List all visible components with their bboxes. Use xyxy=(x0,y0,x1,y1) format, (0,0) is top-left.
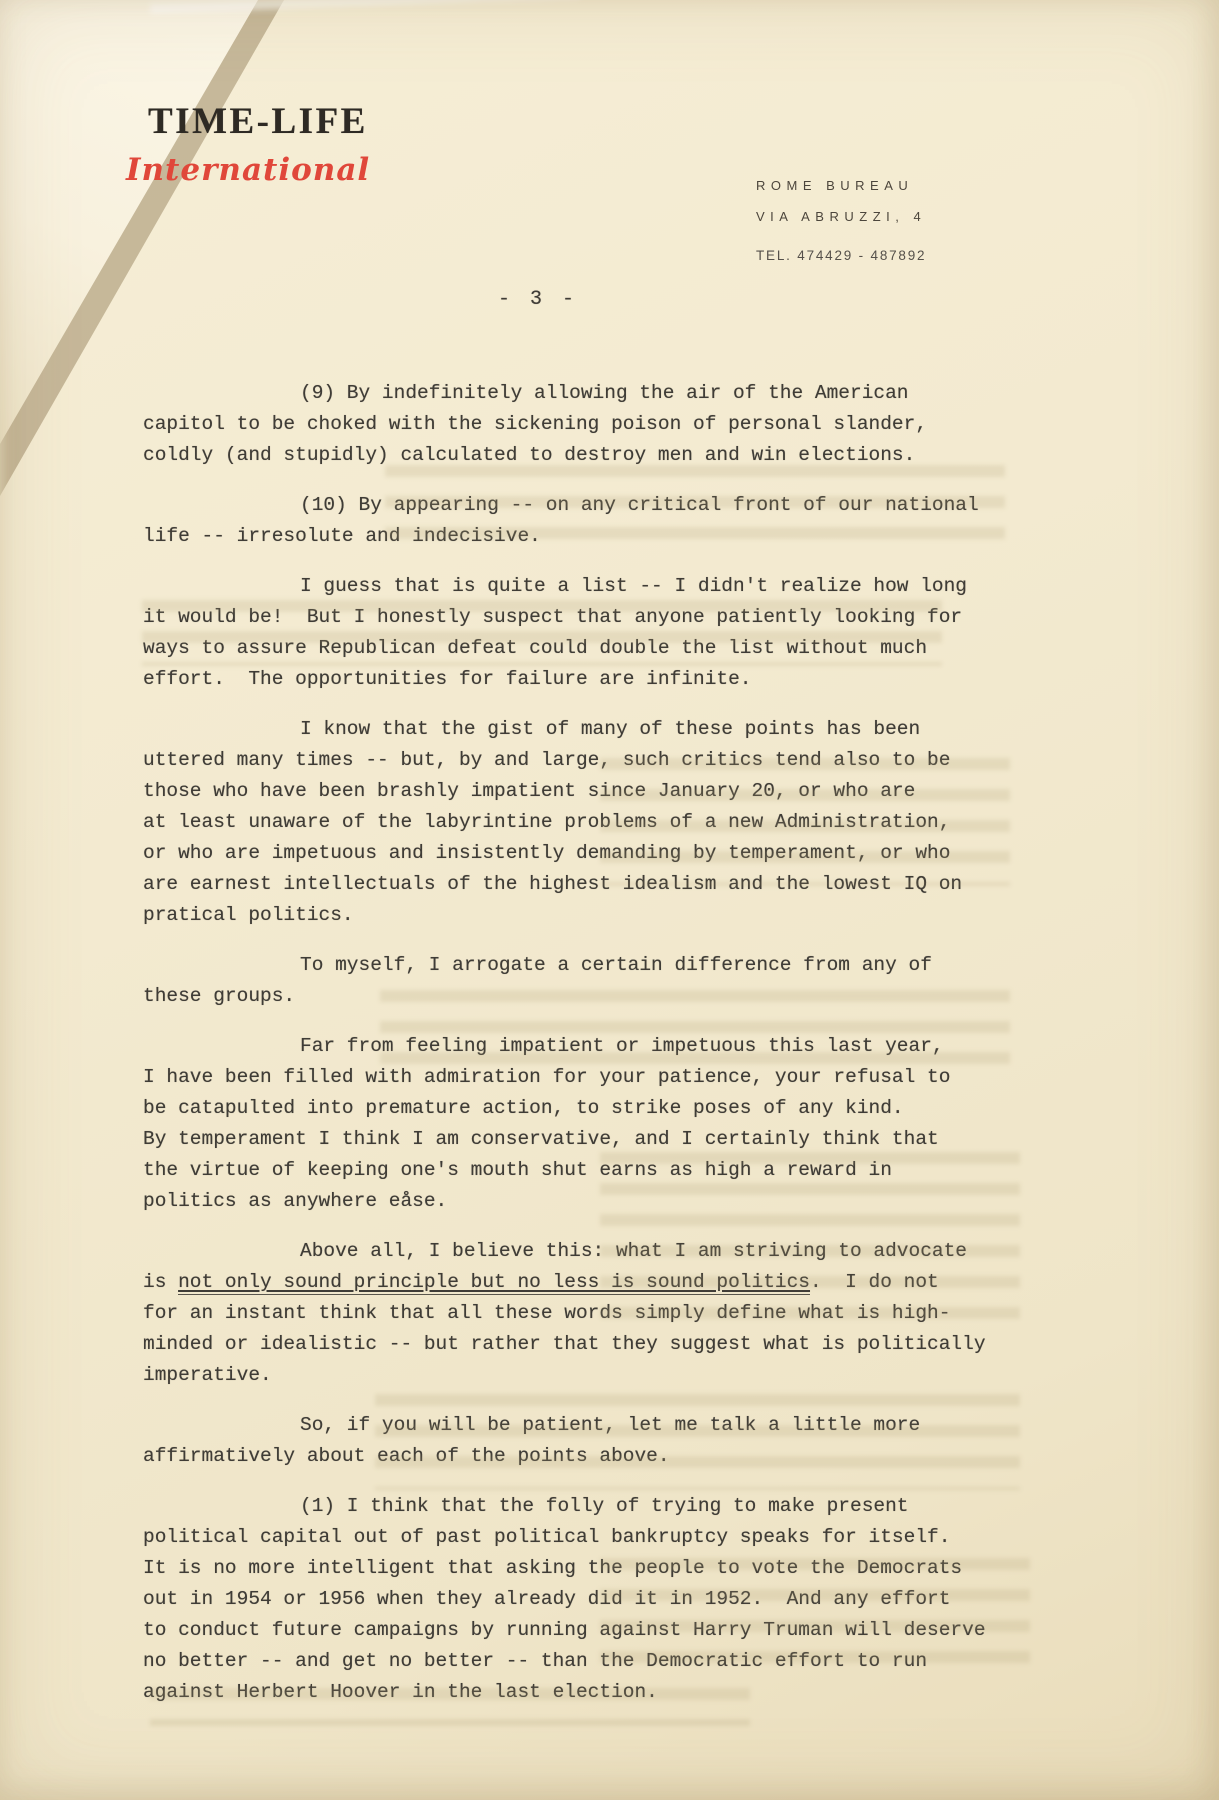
international-logo: International xyxy=(126,152,370,188)
letter-line: I guess that is quite a list -- I didn't… xyxy=(143,571,1063,602)
letter-line: uttered many times -- but, by and large,… xyxy=(143,745,1063,776)
underlined-phrase: not only sound principle but no less is … xyxy=(178,1271,810,1295)
bureau-address: VIA ABRUZZI, 4 xyxy=(756,201,926,232)
letter-line: I have been filled with admiration for y… xyxy=(143,1062,1063,1093)
letter-line: to conduct future campaigns by running a… xyxy=(143,1615,1063,1646)
letter-line: affirmatively about each of the points a… xyxy=(143,1441,1063,1472)
bureau-block: ROME BUREAU VIA ABRUZZI, 4 TEL. 474429 -… xyxy=(756,170,926,263)
letter-line: or who are impetuous and insistently dem… xyxy=(143,838,1063,869)
letter-line: the virtue of keeping one's mouth shut e… xyxy=(143,1155,1063,1186)
bureau-name: ROME BUREAU xyxy=(756,170,926,201)
letter-paragraph: (1) I think that the folly of trying to … xyxy=(143,1491,1063,1708)
letter-line: It is no more intelligent that asking th… xyxy=(143,1553,1063,1584)
letter-paragraph: Above all, I believe this: what I am str… xyxy=(143,1236,1063,1391)
letter-line: (9) By indefinitely allowing the air of … xyxy=(143,378,1063,409)
letter-line: against Herbert Hoover in the last elect… xyxy=(143,1677,1063,1708)
letter-paragraph: I guess that is quite a list -- I didn't… xyxy=(143,571,1063,695)
letter-paragraph: To myself, I arrogate a certain differen… xyxy=(143,950,1063,1012)
letter-line: those who have been brashly impatient si… xyxy=(143,776,1063,807)
letter-page: TIME-LIFE International TIME-LIFE Intern… xyxy=(0,0,1219,1800)
letter-line: By temperament I think I am conservative… xyxy=(143,1124,1063,1155)
letter-line: no better -- and get no better -- than t… xyxy=(143,1646,1063,1677)
letter-line: (1) I think that the folly of trying to … xyxy=(143,1491,1063,1522)
letter-paragraph: (10) By appearing -- on any critical fro… xyxy=(143,490,1063,552)
letter-line: (10) By appearing -- on any critical fro… xyxy=(143,490,1063,521)
letter-line: Above all, I believe this: what I am str… xyxy=(143,1236,1063,1267)
letter-line: for an instant think that all these word… xyxy=(143,1298,1063,1329)
letter-line: coldly (and stupidly) calculated to dest… xyxy=(143,440,1063,471)
text-segment: . I do not xyxy=(810,1271,939,1293)
letter-line: So, if you will be patient, let me talk … xyxy=(143,1410,1063,1441)
letter-paragraph: (9) By indefinitely allowing the air of … xyxy=(143,378,1063,471)
letter-line: To myself, I arrogate a certain differen… xyxy=(143,950,1063,981)
letter-line: life -- irresolute and indecisive. xyxy=(143,521,1063,552)
letter-line: Far from feeling impatient or impetuous … xyxy=(143,1031,1063,1062)
letter-line: pratical politics. xyxy=(143,900,1063,931)
letter-line: these groups. xyxy=(143,981,1063,1012)
letter-line: it would be! But I honestly suspect that… xyxy=(143,602,1063,633)
letter-line: imperative. xyxy=(143,1360,1063,1391)
text-segment: is xyxy=(143,1271,178,1293)
letter-line: political capital out of past political … xyxy=(143,1522,1063,1553)
page-number: - 3 - xyxy=(498,288,578,311)
time-life-logo: TIME-LIFE xyxy=(148,100,368,143)
letter-line: I know that the gist of many of these po… xyxy=(143,714,1063,745)
bureau-telephone: TEL. 474429 - 487892 xyxy=(756,248,926,263)
letter-line: effort. The opportunities for failure ar… xyxy=(143,664,1063,695)
letter-line: capitol to be choked with the sickening … xyxy=(143,409,1063,440)
letter-paragraph: I know that the gist of many of these po… xyxy=(143,714,1063,931)
letter-line: ways to assure Republican defeat could d… xyxy=(143,633,1063,664)
letter-line: minded or idealistic -- but rather that … xyxy=(143,1329,1063,1360)
letter-line: politics as anywhere eåse. xyxy=(143,1186,1063,1217)
letter-paragraph: So, if you will be patient, let me talk … xyxy=(143,1410,1063,1472)
letter-body: (9) By indefinitely allowing the air of … xyxy=(143,378,1063,1727)
letter-line: are earnest intellectuals of the highest… xyxy=(143,869,1063,900)
letter-line: at least unaware of the labyrintine prob… xyxy=(143,807,1063,838)
letter-line: out in 1954 or 1956 when they already di… xyxy=(143,1584,1063,1615)
letter-paragraph: Far from feeling impatient or impetuous … xyxy=(143,1031,1063,1217)
letter-line: is not only sound principle but no less … xyxy=(143,1267,1063,1298)
letter-line: be catapulted into premature action, to … xyxy=(143,1093,1063,1124)
